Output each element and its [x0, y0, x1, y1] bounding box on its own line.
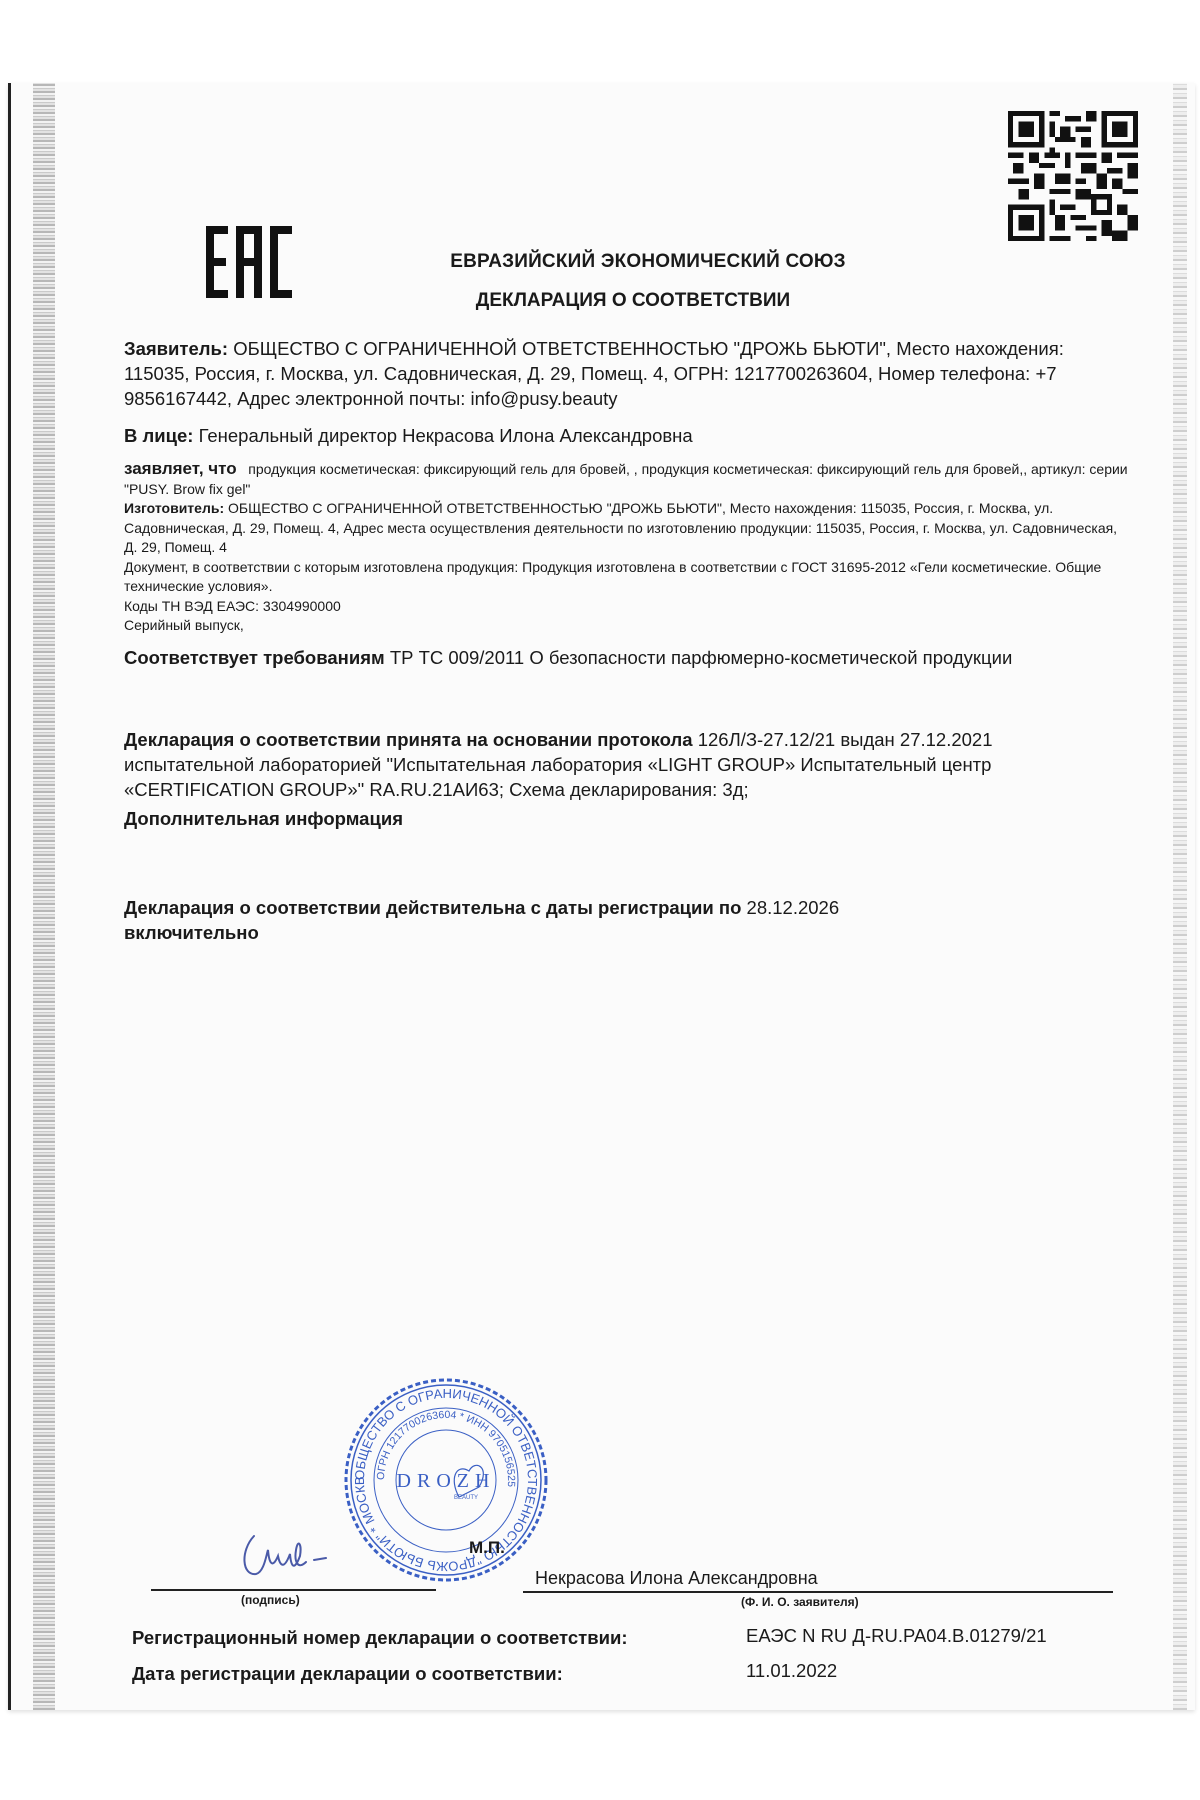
company-stamp-icon: ОБЩЕСТВО С ОГРАНИЧЕННОЙ ОТВЕТСТВЕННОСТЬЮ… [341, 1375, 551, 1585]
registration-number-label: Регистрационный номер декларации о соотв… [132, 1627, 628, 1649]
compliance-section: Соответствует требованиям ТР ТС 009/2011… [124, 645, 1084, 670]
basis-label: Декларация о соответствии принята на осн… [124, 729, 693, 750]
signature-line [151, 1589, 436, 1591]
registration-date-value: 11.01.2022 [746, 1660, 837, 1682]
declares-section: заявляет, что продукция косметическая: ф… [124, 459, 1134, 636]
stamp-center-sub: BEAUTY [454, 1495, 478, 1501]
codes-text: Коды ТН ВЭД ЕАЭС: 3304990000 [124, 597, 1134, 617]
union-title: ЕВРАЗИЙСКИЙ ЭКОНОМИЧЕСКИЙ СОЮЗ [11, 251, 1195, 273]
seal-label: М.П. [469, 1538, 505, 1558]
declaration-page: ЕВРАЗИЙСКИЙ ЭКОНОМИЧЕСКИЙ СОЮЗ ДЕКЛАРАЦИ… [8, 83, 1195, 1710]
product-text: продукция косметическая: фиксирующий гел… [124, 461, 1128, 497]
release-text: Серийный выпуск, [124, 616, 1134, 636]
signature-caption: (подпись) [241, 1593, 300, 1607]
manufacturer-label: Изготовитель: [124, 500, 224, 516]
applicant-text: ОБЩЕСТВО С ОГРАНИЧЕННОЙ ОТВЕТСТВЕННОСТЬЮ… [124, 338, 1064, 409]
validity-date: 28.12.2026 [741, 897, 839, 918]
compliance-text: ТР ТС 009/2011 О безопасности парфюмерно… [385, 647, 1013, 668]
represented-by-text: Генеральный директор Некрасова Илона Але… [193, 425, 692, 446]
scan-edge-right [1173, 83, 1187, 1710]
manufacturer-text: ОБЩЕСТВО С ОГРАНИЧЕННОЙ ОТВЕТСТВЕННОСТЬЮ… [124, 500, 1117, 555]
signer-caption: (Ф. И. О. заявителя) [741, 1595, 859, 1609]
represented-by-label: В лице: [124, 425, 193, 446]
declares-label: заявляет, что [124, 459, 237, 478]
registration-number-value: ЕАЭС N RU Д-RU.PA04.B.01279/21 [746, 1625, 1047, 1647]
applicant-section: Заявитель: ОБЩЕСТВО С ОГРАНИЧЕННОЙ ОТВЕТ… [124, 336, 1124, 411]
basis-section: Декларация о соответствии принята на осн… [124, 727, 1084, 802]
stamp-center-text: DROZH [397, 1470, 496, 1492]
validity-suffix: включительно [124, 922, 259, 943]
represented-by-section: В лице: Генеральный директор Некрасова И… [124, 423, 1124, 448]
signature-icon [236, 1526, 356, 1586]
signer-name-line [523, 1591, 1113, 1593]
compliance-label: Соответствует требованиям [124, 647, 385, 668]
qr-code-icon [1008, 111, 1138, 241]
validity-section: Декларация о соответствии действительна … [124, 895, 1024, 945]
validity-label: Декларация о соответствии действительна … [124, 897, 741, 918]
applicant-label: Заявитель: [124, 338, 228, 359]
declaration-title: ДЕКЛАРАЦИЯ О СООТВЕТСТВИИ [11, 290, 1195, 312]
standard-text: Документ, в соответствии с которым изгот… [124, 558, 1134, 597]
registration-date-label: Дата регистрации декларации о соответств… [132, 1663, 563, 1685]
scan-edge-left [33, 83, 55, 1710]
additional-info-label: Дополнительная информация [124, 806, 1124, 831]
signer-name: Некрасова Илона Александровна [535, 1568, 818, 1589]
